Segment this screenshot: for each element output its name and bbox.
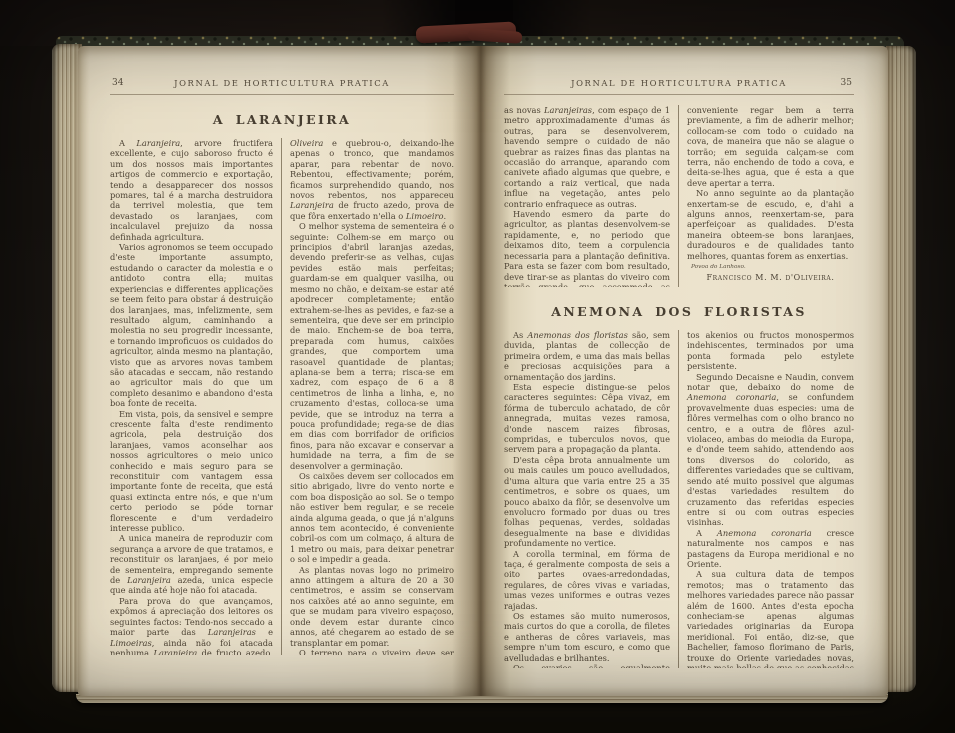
header-rule	[504, 94, 854, 95]
column-1: as novas Laranjeiras, com espaço de 1 me…	[504, 105, 679, 287]
article-title-anemona: ANEMONA DOS FLORISTAS	[504, 304, 854, 319]
paragraph: A sua cultura data de tempos remotos; ma…	[687, 569, 854, 668]
article-title-laranjeira: A LARANJEIRA	[110, 112, 454, 127]
paragraph: tos akenios ou fructos monospermos indeh…	[687, 330, 854, 372]
paragraph: D'esta cêpa brota annualmente um ou mais…	[504, 455, 670, 549]
paragraph: Para prova do que avançamos, expômos á a…	[110, 596, 273, 655]
column-2: tos akenios ou fructos monospermos indeh…	[679, 330, 854, 668]
running-header-right: JORNAL DE HORTICULTURA PRATICA 35	[504, 78, 854, 91]
running-title: JORNAL DE HORTICULTURA PRATICA	[174, 78, 390, 88]
paragraph: As plantas novas logo no primeiro anno a…	[290, 565, 454, 648]
paragraph: Varios agronomos se teem occupado d'este…	[110, 242, 273, 409]
column-2: Oliveira e quebrou-o, deixando-lhe apena…	[282, 138, 454, 655]
column-1: A Laranjeira, arvore fructifera excellen…	[110, 138, 282, 655]
paragraph: Os ovarios são egualmente numerosos, reu…	[504, 663, 670, 668]
place-line: Povoa do Lanhoso.	[687, 264, 854, 270]
paragraph: Esta especie distingue-se pelos caracter…	[504, 382, 670, 455]
paragraph: as novas Laranjeiras, com espaço de 1 me…	[504, 105, 670, 209]
paragraph: Havendo esmero da parte do agricultor, a…	[504, 209, 670, 287]
paragraph: Os caixões devem ser collocados em sitio…	[290, 471, 454, 565]
paragraph: conveniente regar bem a terra previament…	[687, 105, 854, 188]
page-stack-right-edge	[886, 46, 916, 692]
running-title: JORNAL DE HORTICULTURA PRATICA	[571, 78, 787, 88]
paragraph: A corolla terminal, em fórma de taça, é …	[504, 549, 670, 611]
left-page: 34 JORNAL DE HORTICULTURA PRATICA A LARA…	[78, 46, 480, 696]
right-page-columns-top: as novas Laranjeiras, com espaço de 1 me…	[504, 105, 854, 287]
page-number-left: 34	[112, 78, 123, 88]
page-number-right: 35	[841, 78, 852, 88]
paragraph: Em vista, pois, da sensivel e sempre cre…	[110, 409, 273, 534]
author-signature: Francisco M. M. d'Oliveira.	[687, 273, 854, 282]
right-page-columns-bottom: As Anemonas dos floristas são, sem duvid…	[504, 330, 854, 668]
paragraph: Oliveira e quebrou-o, deixando-lhe apena…	[290, 138, 454, 221]
column-2: conveniente regar bem a terra previament…	[679, 105, 854, 287]
paragraph: A unica maneira de reproduzir com segura…	[110, 533, 273, 595]
paragraph: O terreno para o viveiro deve ser escolh…	[290, 648, 454, 655]
paragraph: A Anemona coronaria cresce naturalmente …	[687, 528, 854, 570]
book-photo: 34 JORNAL DE HORTICULTURA PRATICA A LARA…	[0, 0, 955, 733]
paragraph: A Laranjeira, arvore fructifera excellen…	[110, 138, 273, 242]
paragraph: Segundo Decaisne e Naudin, convem notar …	[687, 372, 854, 528]
paragraph: Os estames são muito numerosos, mais cur…	[504, 611, 670, 663]
left-page-columns: A Laranjeira, arvore fructifera excellen…	[110, 138, 454, 655]
header-rule	[110, 94, 454, 95]
column-1: As Anemonas dos floristas são, sem duvid…	[504, 330, 679, 668]
paragraph: No anno seguinte ao da plantação enxerta…	[687, 188, 854, 261]
paragraph: O melhor systema de sementeira é o segui…	[290, 221, 454, 471]
running-header-left: 34 JORNAL DE HORTICULTURA PRATICA	[110, 78, 454, 91]
right-page: JORNAL DE HORTICULTURA PRATICA 35 as nov…	[480, 46, 888, 696]
paragraph: As Anemonas dos floristas são, sem duvid…	[504, 330, 670, 382]
